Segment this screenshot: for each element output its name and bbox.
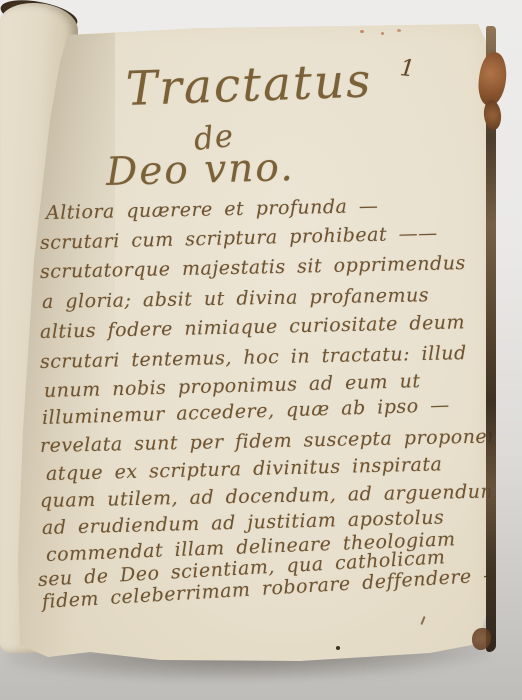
manuscript-photo: 1 Tractatus de Deo vno. Altiora quærere … [0,0,522,700]
rust-speck [381,32,384,35]
folio-mark: 1 [399,55,416,82]
rust-speck [397,29,401,32]
ink-dot [336,646,340,650]
manuscript-page: 1 Tractatus de Deo vno. Altiora quærere … [0,0,522,700]
page-title-line-1: Tractatus [125,53,373,117]
rust-speck [360,30,364,33]
pen-flick-mark [420,616,425,625]
page-title-line-3: Deo vno. [105,145,295,195]
